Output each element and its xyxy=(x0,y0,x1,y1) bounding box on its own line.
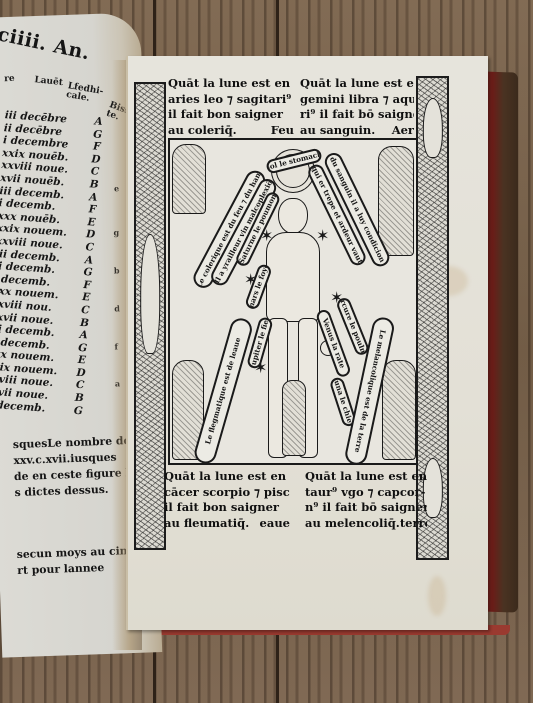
dominical-letter: C xyxy=(74,379,87,392)
text-line: au fleumatiq̄. eaue xyxy=(164,516,290,532)
dominical-letter: G xyxy=(91,128,104,141)
paper-stain xyxy=(428,576,446,616)
dominical-letter: A xyxy=(92,115,105,128)
dominical-letter: F xyxy=(86,203,99,216)
text-line: gemini libra ⁊ aqua xyxy=(300,92,414,108)
temperament: au sanguin. xyxy=(300,123,375,139)
text-line: au sanguin. Aer xyxy=(300,123,414,139)
dominical-letter: E xyxy=(75,354,88,367)
text-line: taur⁹ vgo ⁊ capcor- xyxy=(305,485,427,501)
saint-figure-icon xyxy=(140,234,160,354)
dominical-letter: E xyxy=(85,216,98,229)
calendar-table: iii decēbreAii decēbreGi decembreFxxix n… xyxy=(0,109,105,417)
dominical-letter: D xyxy=(84,228,97,241)
temperament: au melencoliq̄. xyxy=(305,516,400,532)
text-line: aries leo ⁊ sagitari⁹ xyxy=(168,92,294,108)
corner-figure-icon xyxy=(172,144,206,214)
text-line: au melencoliq̄. terre xyxy=(305,516,427,532)
dominical-letter: B xyxy=(73,392,86,405)
dominical-letter: A xyxy=(82,254,95,267)
corner-figure-icon xyxy=(382,360,416,460)
dominical-letter: G xyxy=(76,341,89,354)
text-line: Quāt la lune est en xyxy=(305,469,427,485)
dominical-letter: D xyxy=(75,367,88,380)
dominical-letter: B xyxy=(88,178,101,191)
figure-head xyxy=(278,198,308,234)
element-label: eaue xyxy=(260,516,290,532)
running-head: ciiii. An. xyxy=(0,23,92,64)
column-header: re xyxy=(4,75,15,84)
dominical-letter: C xyxy=(79,304,92,317)
element-label: Feu xyxy=(271,123,294,139)
dominical-letter: A xyxy=(77,329,90,342)
figure-motif-icon xyxy=(422,98,442,158)
text-block-water: Quāt la lune est en cācer scorpio ⁊ pisc… xyxy=(164,469,290,531)
element-label: terre xyxy=(400,516,427,532)
text-line: ri⁹ il fait bō saigner xyxy=(300,107,414,123)
text-line: il fait bon saigner xyxy=(168,107,294,123)
text-line: Quāt la lune est en xyxy=(168,76,294,92)
text-line: il fait bon saigner xyxy=(164,500,290,516)
left-ornamental-border xyxy=(134,82,166,550)
zodiac-man-woodcut: ✶ ✶ ✶ ✶ ✶ Le colerique est du feu ⁊ du h… xyxy=(168,138,418,465)
column-header: Lfedhi-cale. xyxy=(65,82,98,105)
kneeling-figure-icon xyxy=(282,380,306,456)
corner-figure-icon xyxy=(378,146,414,256)
dominical-letter: E xyxy=(80,291,93,304)
dominical-letter: G xyxy=(72,404,85,417)
dominical-letter: A xyxy=(87,191,100,204)
text-line: Quāt la lune est en xyxy=(300,76,414,92)
dominical-letter: D xyxy=(89,153,102,166)
dominical-letter: C xyxy=(83,241,96,254)
text-line: n⁹ il fait bō saigner xyxy=(305,500,427,516)
text-line: cācer scorpio ⁊ pisces xyxy=(164,485,290,501)
text-block-air: Quāt la lune est en gemini libra ⁊ aqua … xyxy=(300,76,414,138)
dominical-letter: B xyxy=(78,316,91,329)
text-line: Quāt la lune est en xyxy=(164,469,290,485)
text-block-earth: Quāt la lune est en taur⁹ vgo ⁊ capcor- … xyxy=(305,469,427,531)
star-icon: ✶ xyxy=(316,228,329,244)
element-label: Aer xyxy=(392,123,414,139)
dominical-letter: F xyxy=(81,279,94,292)
column-header: Lauēt xyxy=(34,76,63,88)
text-line: au coleriq̄. Feu xyxy=(168,123,294,139)
dominical-letter: G xyxy=(82,266,95,279)
text-block-fire: Quāt la lune est en aries leo ⁊ sagitari… xyxy=(168,76,294,138)
temperament: au coleriq̄. xyxy=(168,123,237,139)
figure-torso xyxy=(266,232,320,322)
dominical-letter: C xyxy=(89,166,102,179)
dominical-letter: F xyxy=(90,140,103,153)
temperament: au fleumatiq̄. xyxy=(164,516,249,532)
